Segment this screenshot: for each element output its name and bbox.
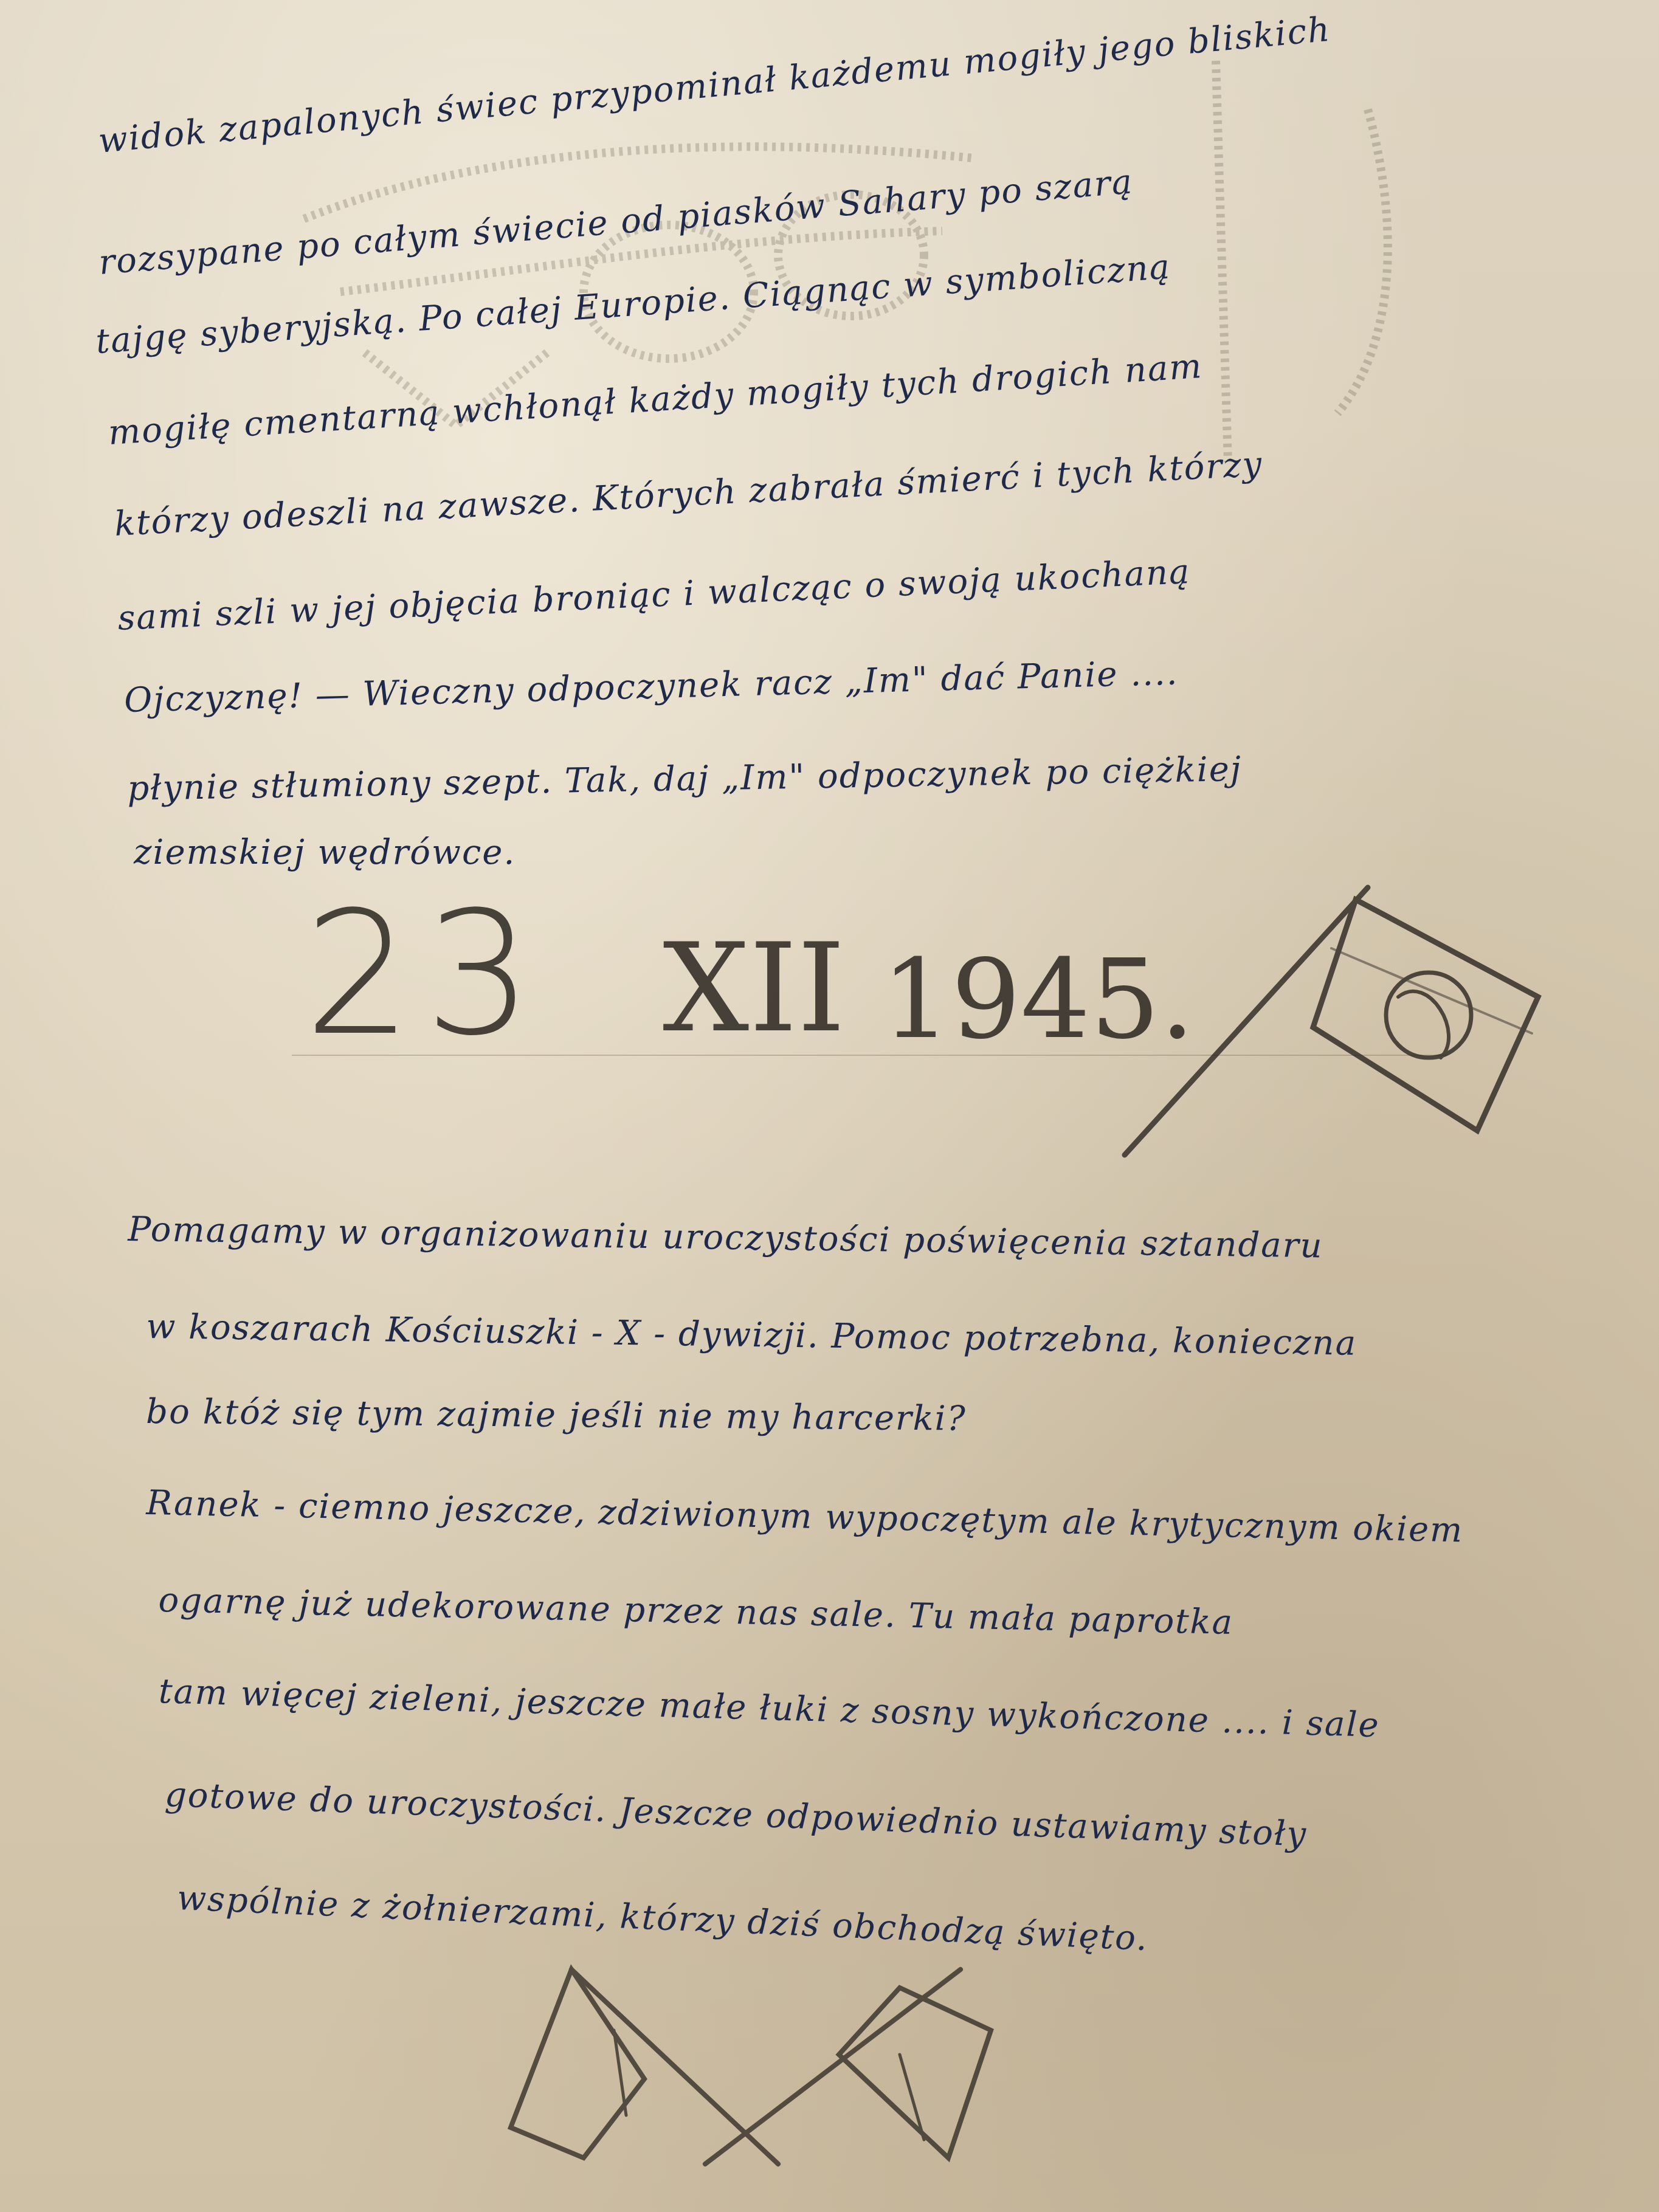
entry-2-line-7: gotowe do uroczystości. Jeszcze odpowied… bbox=[164, 1775, 1308, 1855]
flag-sketch bbox=[1112, 875, 1550, 1167]
entry-2-line-8: wspólnie z żołnierzami, którzy dziś obch… bbox=[176, 1878, 1149, 1959]
date-month: XII bbox=[663, 918, 845, 1059]
entry-2-line-6: tam więcej zieleni, jeszcze małe łuki z … bbox=[158, 1672, 1380, 1745]
entry-1-line-8: płynie stłumiony szept. Tak, daj „Im" od… bbox=[127, 749, 1243, 808]
entry-2-line-5: ogarnę już udekorowane przez nas sale. T… bbox=[158, 1580, 1234, 1642]
date-day: 23 bbox=[304, 875, 545, 1073]
crossed-flags-sketch bbox=[462, 1957, 1040, 2200]
diary-page: widok zapalonych świec przypominał każde… bbox=[0, 0, 1659, 2212]
crossed-flags-icon bbox=[462, 1957, 1040, 2200]
entry-1-line-7: Ojczyznę! — Wieczny odpoczynek racz „Im"… bbox=[123, 653, 1179, 720]
entry-1-line-9: ziemskiej wędrówce. bbox=[134, 833, 516, 872]
entry-2-line-2: w koszarach Kościuszki - X - dywizji. Po… bbox=[146, 1307, 1357, 1363]
entry-2-line-1: Pomagamy w organizowaniu uroczystości po… bbox=[128, 1210, 1323, 1266]
entry-1-line-6: sami szli w jej objęcia broniąc i walczą… bbox=[117, 552, 1192, 638]
entry-2-line-3: bo któż się tym zajmie jeśli nie my harc… bbox=[146, 1392, 967, 1439]
entry-2-line-4: Ranek - ciemno jeszcze, zdziwionym wypoc… bbox=[146, 1483, 1464, 1550]
flag-drawing-icon bbox=[1112, 875, 1550, 1167]
